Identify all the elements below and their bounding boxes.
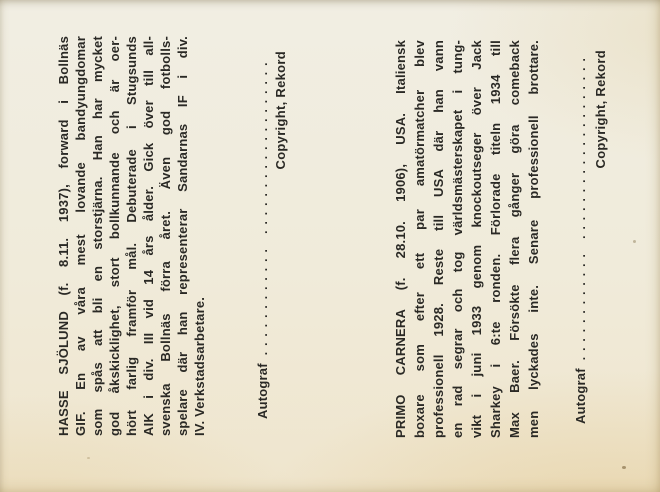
text-line: vikt i juni 1933 genom knockoutseger öve… [467,40,486,438]
rotated-text-block: PRIMO CARNERA (f. 28.10. 1906), USA. Ita… [391,40,610,438]
paper-speck [622,466,626,469]
autograf-dotted-leader: ............ ........................ [255,58,272,355]
copyright-note: Copyright, Rekord [272,36,289,436]
autograf-dotted-leader: ............ ........................ [572,55,591,360]
text-line: Sharkey i 6:te ronden. Förlorade titeln … [486,40,505,438]
autograph-line: Autograf ............ ..................… [254,36,272,436]
text-line: professionell 1928. Reste till USA där h… [429,40,448,438]
card-paragraph: PRIMO CARNERA (f. 28.10. 1906), USA. Ita… [391,40,543,438]
text-line: boxare som efter ett par amatörmatcher b… [410,40,429,438]
text-line: PRIMO CARNERA (f. 28.10. 1906), USA. Ita… [391,40,410,438]
text-line: spelare där han representerar Sandarnas … [174,36,191,436]
scanned-page: HASSE SJÖLUND (f. 8.11. 1937), forward i… [0,0,660,492]
text-line: AIK i div. III vid 14 års ålder. Gick öv… [140,36,157,436]
copyright-note: Copyright, Rekord [591,40,610,438]
autograph-line: Autograf ............ ..................… [571,40,591,438]
paper-speck [87,457,90,459]
card-paragraph: HASSE SJÖLUND (f. 8.11. 1937), forward i… [55,36,208,436]
paper-speck [633,240,636,243]
autograf-label: Autograf [254,363,271,419]
autograf-label: Autograf [571,368,590,424]
text-line: IV. Verkstadsarbetare. [191,36,208,436]
text-line: Max Baer. Försökte flera gånger göra com… [505,40,524,438]
text-line: en rad segrar och tog världsmästerskapet… [448,40,467,438]
rotated-text-block: HASSE SJÖLUND (f. 8.11. 1937), forward i… [55,36,289,436]
text-line: god åkskicklighet, stort bollkunnande oc… [106,36,123,436]
text-line: svenska Bollnäs förra året. Även god fot… [157,36,174,436]
text-line: hört farlig framför mål. Debuterade i St… [123,36,140,436]
text-line: HASSE SJÖLUND (f. 8.11. 1937), forward i… [55,36,72,436]
text-line: men lyckades inte. Senare professionell … [524,40,543,438]
text-line: som spås att bli en storstjärna. Han har… [89,36,106,436]
text-line: GIF. En av våra mest lovande bandyungdom… [72,36,89,436]
